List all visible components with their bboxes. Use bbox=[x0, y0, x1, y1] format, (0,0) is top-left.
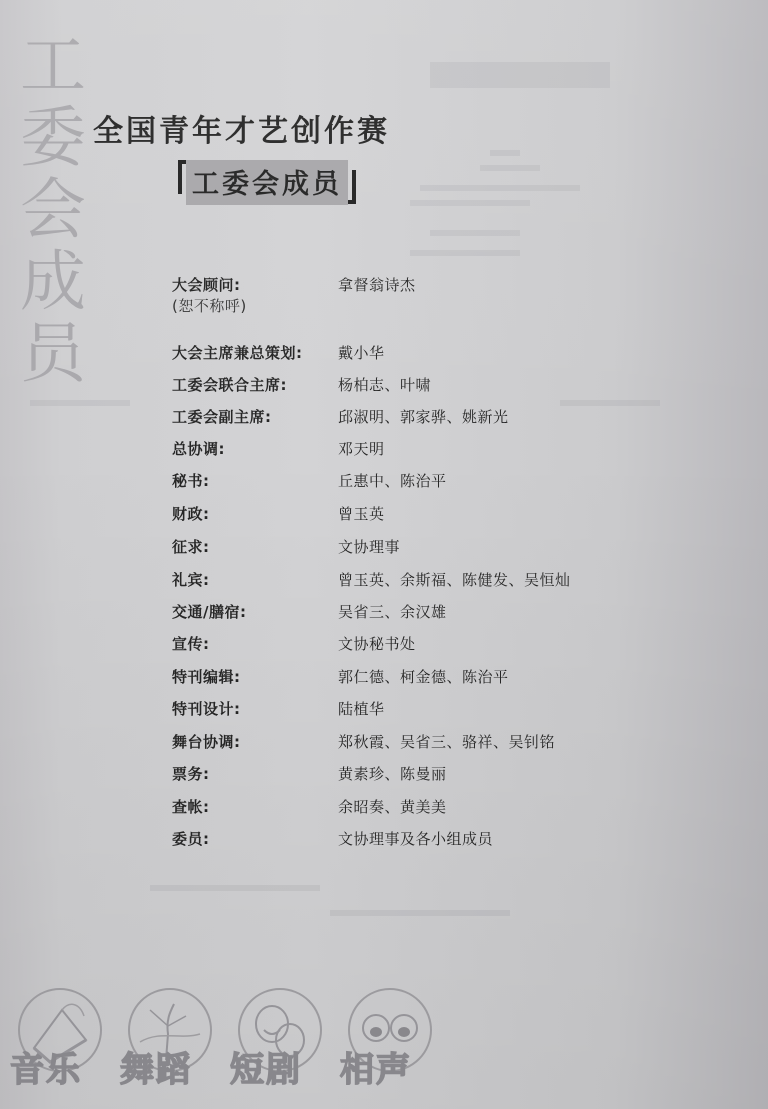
roster-row: 交通/膳宿: 吴省三、余汉雄 bbox=[172, 601, 447, 622]
roster-role: 特刊设计: bbox=[172, 698, 338, 719]
roster-note: (恕不称呼) bbox=[172, 295, 338, 316]
roster-names: 黄素珍、陈曼丽 bbox=[338, 763, 447, 784]
roster-row: 工委会副主席: 邱淑明、郭家骅、姚新光 bbox=[172, 406, 509, 427]
roster-row: 大会主席兼总策划: 戴小华 bbox=[172, 342, 385, 363]
roster-role: 舞台协调: bbox=[172, 731, 338, 752]
category-label: 舞蹈 bbox=[120, 1042, 230, 1091]
vertical-watermark-title: 工 委 会 成 员 bbox=[18, 30, 88, 390]
roster-names: 拿督翁诗杰 bbox=[338, 274, 416, 316]
roster-names: 文协秘书处 bbox=[338, 633, 416, 654]
bleed-through-mark bbox=[410, 200, 530, 206]
roster-row: 秘书: 丘惠中、陈治平 bbox=[172, 470, 447, 491]
bleed-through-mark bbox=[30, 400, 130, 406]
roster-names: 郭仁德、柯金德、陈治平 bbox=[338, 666, 509, 687]
roster-names: 陆植华 bbox=[338, 698, 385, 719]
roster-names: 郑秋霞、吴省三、骆祥、吴钊铭 bbox=[338, 731, 555, 752]
roster-role: 特刊编辑: bbox=[172, 666, 338, 687]
roster-names: 曾玉英、余斯福、陈健发、吴恒灿 bbox=[338, 569, 571, 590]
bleed-through-mark bbox=[560, 400, 660, 406]
category-dance: 舞蹈 bbox=[120, 980, 210, 1090]
roster-row: 委员: 文协理事及各小组成员 bbox=[172, 828, 493, 849]
roster-role: 票务: bbox=[172, 763, 338, 784]
watermark-char: 会 bbox=[20, 174, 86, 246]
corner-bracket-open-icon bbox=[178, 160, 186, 194]
category-crosstalk: 相声 bbox=[340, 980, 430, 1090]
roster-row: 征求: 文协理事 bbox=[172, 536, 400, 557]
roster-role: 委员: bbox=[172, 828, 338, 849]
category-label: 音乐 bbox=[10, 1042, 120, 1091]
roster-names: 文协理事及各小组成员 bbox=[338, 828, 493, 849]
watermark-char: 委 bbox=[20, 102, 86, 174]
roster-row: 大会顾问: (恕不称呼) 拿督翁诗杰 bbox=[172, 274, 416, 316]
roster-names: 杨柏志、叶啸 bbox=[338, 374, 431, 395]
roster-names: 文协理事 bbox=[338, 536, 400, 557]
roster-names: 丘惠中、陈治平 bbox=[338, 470, 447, 491]
watermark-char: 员 bbox=[20, 318, 86, 390]
roster-row: 财政: 曾玉英 bbox=[172, 503, 385, 524]
bleed-through-mark bbox=[430, 230, 520, 236]
section-heading-text: 工委会成员 bbox=[186, 160, 348, 205]
corner-bracket-close-icon bbox=[348, 170, 356, 204]
roster-row: 特刊设计: 陆植华 bbox=[172, 698, 385, 719]
roster-role: 工委会副主席: bbox=[172, 406, 338, 427]
section-heading: 工委会成员 bbox=[178, 158, 356, 206]
roster-row: 特刊编辑: 郭仁德、柯金德、陈治平 bbox=[172, 666, 509, 687]
bleed-through-mark bbox=[420, 185, 580, 191]
watermark-char: 工 bbox=[20, 30, 86, 102]
roster-names: 邓天明 bbox=[338, 438, 385, 459]
roster-role: 总协调: bbox=[172, 438, 338, 459]
roster-role: 查帐: bbox=[172, 796, 338, 817]
roster-role: 宣传: bbox=[172, 633, 338, 654]
category-label: 短剧 bbox=[230, 1042, 340, 1091]
roster-names: 曾玉英 bbox=[338, 503, 385, 524]
roster-names: 戴小华 bbox=[338, 342, 385, 363]
roster-row: 票务: 黄素珍、陈曼丽 bbox=[172, 763, 447, 784]
roster-role: 大会主席兼总策划: bbox=[172, 342, 338, 363]
roster-role: 礼宾: bbox=[172, 569, 338, 590]
roster-names: 邱淑明、郭家骅、姚新光 bbox=[338, 406, 509, 427]
roster-role: 财政: bbox=[172, 503, 338, 524]
bleed-through-mark bbox=[410, 250, 520, 256]
bleed-through-mark bbox=[430, 62, 610, 88]
roster-row: 工委会联合主席: 杨柏志、叶啸 bbox=[172, 374, 431, 395]
roster-role: 大会顾问: bbox=[172, 274, 338, 295]
roster-names: 吴省三、余汉雄 bbox=[338, 601, 447, 622]
roster-row: 查帐: 余昭奏、黄美美 bbox=[172, 796, 447, 817]
roster-role: 秘书: bbox=[172, 470, 338, 491]
roster-row: 舞台协调: 郑秋霞、吴省三、骆祥、吴钊铭 bbox=[172, 731, 555, 752]
roster-row: 总协调: 邓天明 bbox=[172, 438, 385, 459]
page-title: 全国青年才艺创作赛 bbox=[93, 106, 390, 150]
bleed-through-mark bbox=[480, 165, 540, 171]
roster-role: 征求: bbox=[172, 536, 338, 557]
roster-row: 礼宾: 曾玉英、余斯福、陈健发、吴恒灿 bbox=[172, 569, 571, 590]
category-drama: 短剧 bbox=[230, 980, 320, 1090]
document-page: 工 委 会 成 员 全国青年才艺创作赛 工委会成员 大会顾问: (恕不称呼) 拿… bbox=[0, 0, 768, 1109]
category-label: 相声 bbox=[340, 1042, 450, 1091]
watermark-char: 成 bbox=[20, 246, 86, 318]
bleed-through-mark bbox=[330, 910, 510, 916]
roster-names: 余昭奏、黄美美 bbox=[338, 796, 447, 817]
roster-role: 工委会联合主席: bbox=[172, 374, 338, 395]
category-music: 音乐 bbox=[10, 980, 100, 1090]
bleed-through-mark bbox=[490, 150, 520, 156]
roster-role: 交通/膳宿: bbox=[172, 601, 338, 622]
bleed-through-mark bbox=[150, 885, 320, 891]
performance-category-icons: 音乐 舞蹈 短剧 bbox=[10, 980, 450, 1090]
roster-row: 宣传: 文协秘书处 bbox=[172, 633, 416, 654]
